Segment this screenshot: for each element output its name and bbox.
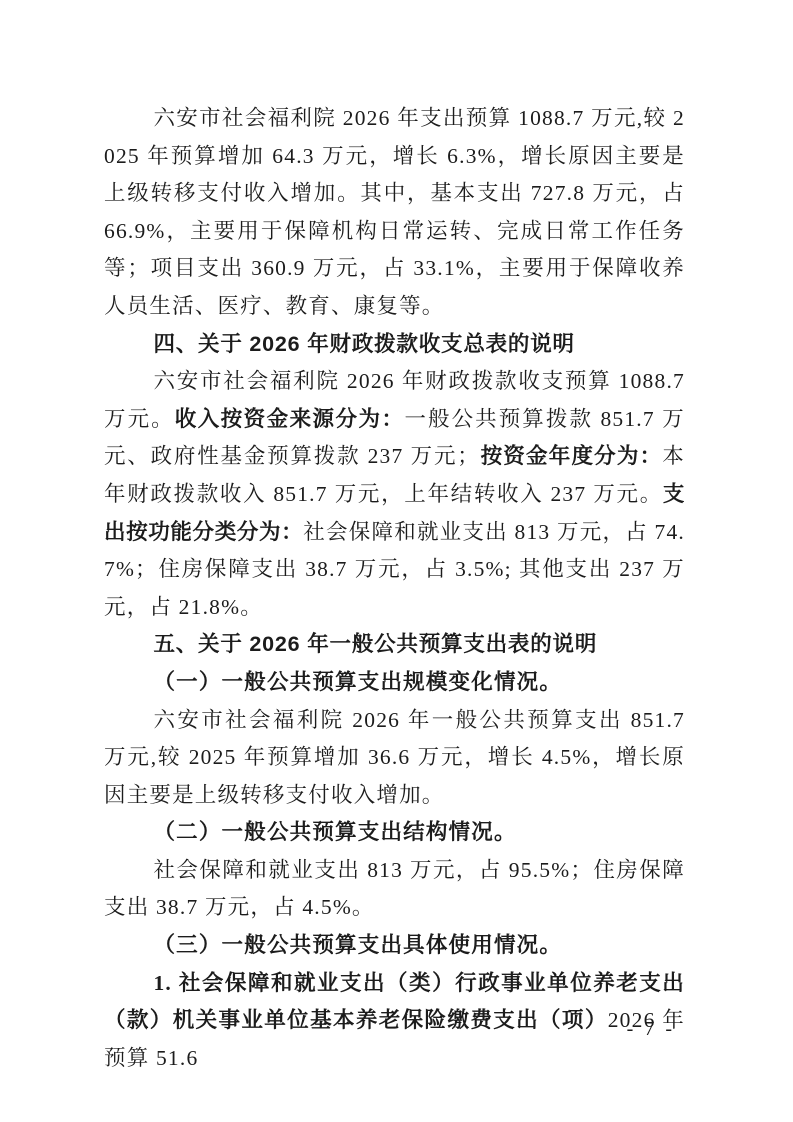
- text-segment: （三）一般公共预算支出具体使用情况。: [153, 933, 562, 957]
- text-segment: 社会保障和就业支出 813 万元，占 95.5%；住房保障支出 38.7 万元，…: [104, 858, 685, 920]
- text-segment: 按资金年度分为：: [480, 444, 662, 468]
- text-segment: 六安市社会福利院 2026 年支出预算 1088.7 万元,较 2025 年预算…: [104, 106, 685, 318]
- paragraph-body: 社会保障和就业支出 813 万元，占 95.5%；住房保障支出 38.7 万元，…: [104, 852, 685, 927]
- text-segment: （二）一般公共预算支出结构情况。: [153, 820, 516, 844]
- page-number: - 7 -: [627, 1018, 675, 1041]
- paragraph-body: 六安市社会福利院 2026 年支出预算 1088.7 万元,较 2025 年预算…: [104, 100, 685, 326]
- text-segment: 五、关于 2026 年一般公共预算支出表的说明: [153, 632, 597, 656]
- text-segment: 收入按资金来源分为：: [175, 407, 405, 431]
- text-segment: 六安市社会福利院 2026 年一般公共预算支出 851.7 万元,较 2025 …: [104, 708, 685, 807]
- paragraph-heading1: 五、关于 2026 年一般公共预算支出表的说明: [104, 626, 685, 664]
- document-body: 六安市社会福利院 2026 年支出预算 1088.7 万元,较 2025 年预算…: [104, 100, 685, 1077]
- paragraph-heading1: 四、关于 2026 年财政拨款收支总表的说明: [104, 326, 685, 364]
- paragraph-body: 六安市社会福利院 2026 年一般公共预算支出 851.7 万元,较 2025 …: [104, 702, 685, 815]
- paragraph-body: 六安市社会福利院 2026 年财政拨款收支预算 1088.7 万元。收入按资金来…: [104, 363, 685, 626]
- paragraph-heading2: （一）一般公共预算支出规模变化情况。: [104, 664, 685, 702]
- paragraph-heading2: （三）一般公共预算支出具体使用情况。: [104, 927, 685, 965]
- text-segment: 1. 社会保障和就业支出（类）行政事业单位养老支出（款）机关事业单位基本养老保险…: [104, 971, 685, 1033]
- paragraph-heading2: （二）一般公共预算支出结构情况。: [104, 814, 685, 852]
- document-page: 六安市社会福利院 2026 年支出预算 1088.7 万元,较 2025 年预算…: [0, 0, 793, 1122]
- text-segment: （一）一般公共预算支出规模变化情况。: [153, 670, 562, 694]
- text-segment: 四、关于 2026 年财政拨款收支总表的说明: [153, 332, 574, 356]
- paragraph-item: 1. 社会保障和就业支出（类）行政事业单位养老支出（款）机关事业单位基本养老保险…: [104, 965, 685, 1078]
